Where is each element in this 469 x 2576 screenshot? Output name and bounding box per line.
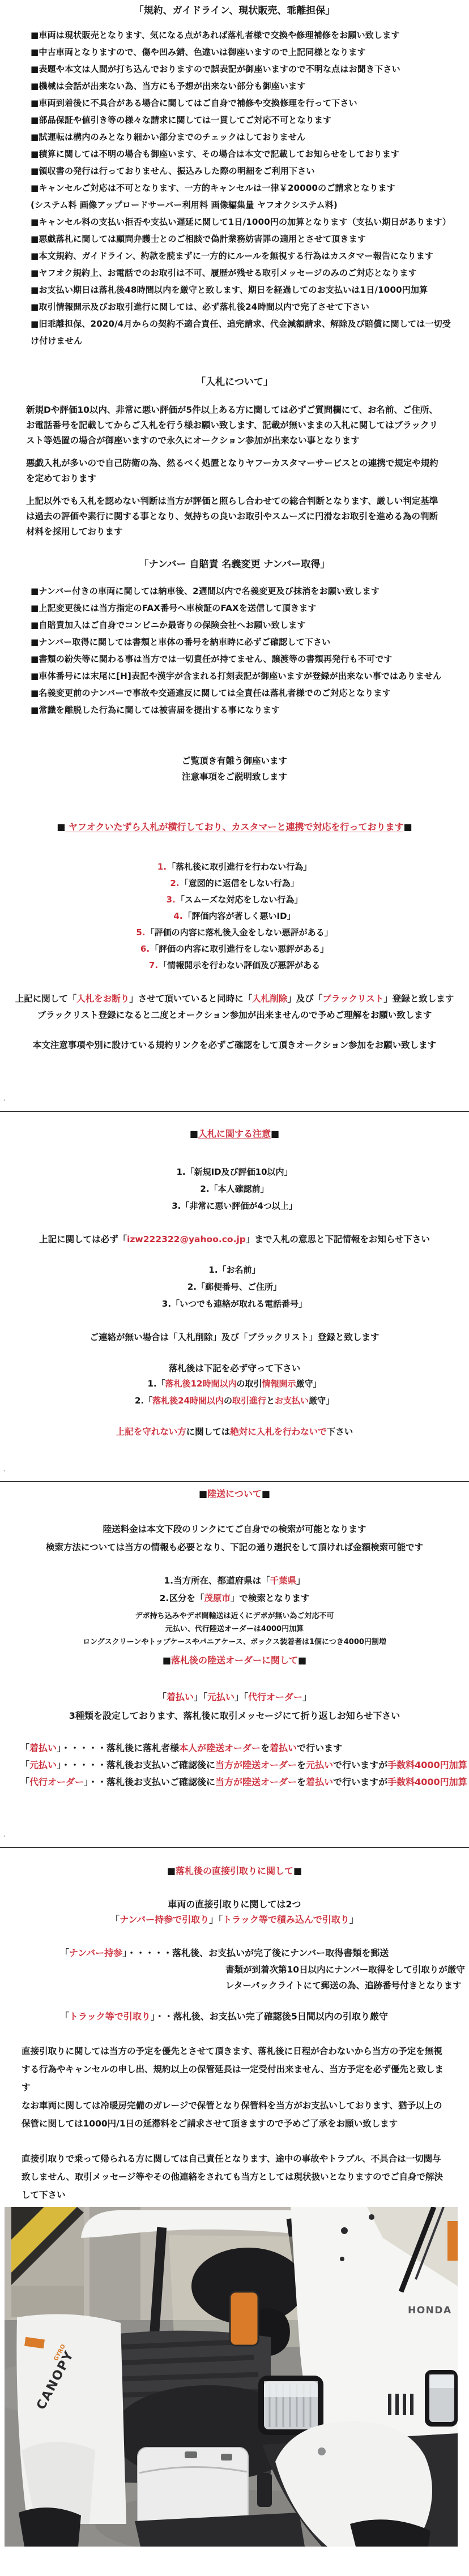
black-square-icon: ■ bbox=[404, 821, 412, 832]
violation-item: 6.「評価の内容に取引進行をしない悪評がある」 bbox=[0, 941, 469, 957]
pickup-paragraph: 直接引取りで乗って帰られる方に関しては自己責任となります、途中の事故やトラブル、… bbox=[22, 2150, 447, 2204]
bidding-section: 「入札について」 新規Dや評価10以内、非常に悪い評価が5件以上ある方に関しては… bbox=[0, 374, 469, 547]
terms-rule-item: ■お支払い期日は落札後48時間以内を厳守と致します、期日を経過してのお支払いは1… bbox=[31, 281, 454, 298]
terms-rule-item: ■部品保証や値引き等の様々な請求に関しては一貫してご対応不可となります bbox=[31, 112, 454, 129]
violation-item: 2.「意図的に返信をしない行為」 bbox=[0, 875, 469, 892]
section-divider bbox=[0, 1481, 469, 1482]
terms-rule-item: ■機械は会話が出来ない為、当方にも予想が出来ない部分も御座います bbox=[31, 78, 454, 95]
headlight-left bbox=[258, 2376, 323, 2435]
blacklist-line2: ブラックリスト登録になると二度とオークション参加が出来ませんので予めご理解をお願… bbox=[0, 1007, 469, 1024]
violation-item: 3.「スムーズな対応をしない行為」 bbox=[0, 892, 469, 908]
info-item: 2.「郵便番号、ご住所」 bbox=[0, 1278, 469, 1295]
black-square-icon: ■ bbox=[298, 1655, 306, 1666]
order-types-line: 「着払い」「元払い」「代行オーダー」 bbox=[0, 1689, 469, 1705]
terms-rule-item: ■領収書の発行は行っておりません、振込みした際の明細をご利用下さい bbox=[31, 162, 454, 179]
black-square-icon: ■ bbox=[262, 1488, 270, 1499]
order-def-line: 「着払い」・・・・・落札後に落札者様本人が陸送オーダーを着払いで行います bbox=[20, 1740, 469, 1757]
bidding-paragraphs: 新規Dや評価10以内、非常に悪い評価が5件以上ある方に関しては必ずご質問欄にて、… bbox=[0, 403, 469, 540]
rear-tire bbox=[19, 2507, 81, 2547]
terms-rule-item: ■表題や本文は人間が打ち込んでおりますので誤表記が御座いますので不明な点はお聞き… bbox=[31, 61, 454, 78]
confirm-line: 本文注意事項や別に設けている規約リンクを必ずご確認をして頂きオークション参加をお… bbox=[0, 1038, 469, 1051]
plate-section: 「ナンバー 自賠責 名義変更 ナンバー取得」 ■ナンバー付きの車両に関しては納車… bbox=[0, 556, 469, 718]
plate-rule-item: ■ナンバー取得に関しては書類と車体の番号を納車時に必ずご確認して下さい bbox=[31, 634, 454, 651]
black-square-icon: ■ bbox=[163, 1655, 171, 1666]
bid-caution-heading: ■入札に関する注意■ bbox=[0, 1127, 469, 1140]
violation-item: 7.「情報開示を行わない評価及び悪評がある bbox=[0, 957, 469, 974]
pickup-defs: 「ナンバー持参」・・・・・落札後、お支払いが完了後にナンバー取得書類を郵送 書類… bbox=[0, 1945, 469, 2025]
terms-rule-item: ■ヤフオク規約上、お電話でのお取引は不可、履歴が残せる取引メッセージのみのご対応… bbox=[31, 264, 454, 281]
pickup-paragraph: 直接引取りに関しては当方の予定を優先とさせて頂きます、落札後に日程が合わないから… bbox=[22, 2042, 447, 2096]
terms-rule-item: ■悪戯落札に関しては顧問弁護士とのご相談で偽計業務妨害罪の適用とさせて頂きます bbox=[31, 230, 454, 247]
step-peg bbox=[257, 2473, 272, 2507]
after-rule-item: 1.「落札後12時間以内の取引情報開示厳守」 bbox=[0, 1375, 469, 1392]
terms-rule-item: ■車両到着後に不具合がある場合に関してはご自身で補修や交換修理を行って下さい bbox=[31, 95, 454, 112]
terms-rule-item: ■中古車両となりますので、傷や凹み錆、色違いは御座いますので上記同様となります bbox=[31, 44, 454, 61]
shipping-note: デポ持ち込みやデポ間輸送は近くにデポが無い為ご対応不可 bbox=[0, 1610, 469, 1623]
terms-title: 「規約、ガイドライン、現状販売、乖離担保」 bbox=[0, 2, 469, 16]
after-win-line: 落札後は下記を必ず守って下さい bbox=[0, 1362, 469, 1374]
terms-rule-item: (システム料 画像アップロードサーバー利用料 画像編集量 ヤフオクシステム料) bbox=[31, 196, 454, 213]
bid-caution-section: ■入札に関する注意■ 1.「新規ID及び評価10以内」2.「本人確認前」3.「非… bbox=[0, 1127, 469, 1440]
violation-item: 5.「評価の内容に落札後入金をしない悪評がある」 bbox=[0, 925, 469, 941]
pickup-def1: 「ナンバー持参」・・・・・落札後、お支払いが完了後にナンバー取得書類を郵送 bbox=[60, 1945, 469, 1962]
section-divider bbox=[0, 1847, 469, 1848]
shipping-order-section: ■落札後の陸送オーダーに関して■ 「着払い」「元払い」「代行オーダー」 3種類を… bbox=[0, 1653, 469, 1791]
shipping-step1: 1.当方所在、都道府県は「千葉県」 bbox=[0, 1572, 469, 1590]
plate-rule-item: ■自賠責加入はご自身でコンビニか最寄りの保険会社へお願い致します bbox=[31, 617, 454, 634]
pickup-paragraphs: 直接引取りに関しては当方の予定を優先とさせて頂きます、落札後に日程が合わないから… bbox=[0, 2042, 469, 2204]
terms-rule-item: ■本文規約、ガイドライン、約款を読まずに一方的にルールを無視する行為はカスタマー… bbox=[31, 247, 454, 264]
mischief-banner-text: ヤフオクいたずら入札が横行しており、カスタマーと連携で対応を行っております bbox=[65, 821, 403, 832]
terms-rule-item: ■旧乖離担保、2020/4月からの契約不適合責任、追完請求、代金減額請求、解除及… bbox=[31, 315, 454, 349]
shipping-section: ■陸送について■ 陸送料金は本文下段のリンクにてご自身での検索が可能となります … bbox=[0, 1487, 469, 1649]
vehicle-photo: CANOPY GYRO bbox=[5, 2207, 458, 2547]
order-def-line: 「代行オーダー」・・落札後お支払いご確認後に当方が陸送オーダーを着払いで行います… bbox=[20, 1774, 469, 1791]
black-square-icon: ■ bbox=[167, 1865, 176, 1876]
terms-list: ■車両は現状販売となります、気になる点があれば落札者様で交換や修理補修をお願い致… bbox=[0, 27, 469, 349]
terms-section: 「規約、ガイドライン、現状販売、乖離担保」 ■車両は現状販売となります、気になる… bbox=[0, 2, 469, 349]
pickup-section: ■落札後の直接引取りに関して■ 車両の直接引取りに関しては2つ 「ナンバー持参で… bbox=[0, 1864, 469, 2204]
plate-rule-item: ■ナンバー付きの車両に関しては納車後、2週間以内で名義変更及び抹消をお願い致しま… bbox=[31, 583, 454, 600]
black-square-icon: ■ bbox=[57, 821, 65, 832]
terms-rule-item: ■キャンセルご対応は不可となります、一方的キャンセルは一律￥20000のご請求と… bbox=[31, 179, 454, 196]
section-divider bbox=[0, 1111, 469, 1112]
stray-mark: ' bbox=[3, 1469, 5, 1476]
hazard-pillar bbox=[11, 2207, 84, 2317]
order-def-line: 「元払い」・・・・・落札後お支払いご確認後に当方が陸送オーダーを元払いで行います… bbox=[20, 1757, 469, 1774]
bidding-title: 「入札について」 bbox=[0, 374, 469, 388]
pickup-heading: ■落札後の直接引取りに関して■ bbox=[0, 1864, 469, 1877]
thanks-line: ご覧頂き有難う御座います bbox=[0, 753, 469, 769]
terms-rule-item: ■積算に関しては不明の場合も御座います、その場合は本文で記載してお知らせをしてお… bbox=[31, 146, 454, 162]
plate-rule-item: ■名義変更前のナンバーで事故や交通違反に関しては全責任は落札者様でのご対応となり… bbox=[31, 684, 454, 701]
notice-intro: ご覧頂き有難う御座います 注意事項をご説明致します bbox=[0, 753, 469, 785]
black-square-icon: ■ bbox=[293, 1865, 302, 1876]
info-items-list: 1.「お名前」2.「郵便番号、ご住所」3.「いつでも連絡が取れる電話番号」 bbox=[0, 1261, 469, 1312]
shipping-line2: 検索方法については当方の情報も必要となり、下記の通り選択をして頂ければ金額検索可… bbox=[0, 1541, 469, 1553]
no-contact-line: ご連絡が無い場合は「入札削除」及び「ブラックリスト」登録と致します bbox=[0, 1329, 469, 1346]
pickup-sub-line: レターパックライトにて郵送の為、追跡番号付きとなります bbox=[60, 1978, 469, 1993]
plate-rule-item: ■常識を離脱した行為に関しては被害届を提出する事になります bbox=[31, 701, 454, 718]
terms-rule-item: ■車両は現状販売となります、気になる点があれば落札者様で交換や修理補修をお願い致… bbox=[31, 27, 454, 44]
after-rule-item: 2.「落札後24時間以内の取引進行とお支払い厳守」 bbox=[0, 1392, 469, 1409]
terms-rule-item: ■試運転は構内のみとなり細かい部分までのチェックはしておりません bbox=[31, 129, 454, 146]
pickup-types-line: 「ナンバー持参で引取り」「トラック等で積み込んで引取り」 bbox=[0, 1911, 469, 1928]
violation-item: 1.「落札後に取引進行を行わない行為」 bbox=[0, 859, 469, 875]
turn-signal-left bbox=[230, 2292, 258, 2346]
shipping-heading: ■陸送について■ bbox=[0, 1487, 469, 1500]
conditions-list: 1.「新規ID及び評価10以内」2.「本人確認前」3.「非常に悪い評価が4つ以上… bbox=[0, 1163, 469, 1214]
terms-rule-item: ■キャンセル料の支払い拒否や支払い遅延に関して1日/1000円の加算となります（… bbox=[31, 213, 454, 230]
pickup-def2: 「トラック等で引取り」・・落札後、お支払い完了確認後5日間以内の引取り厳守 bbox=[60, 2008, 469, 2025]
info-item: 1.「お名前」 bbox=[0, 1261, 469, 1278]
contact-line: 上記に関しては必ず「izw222322@yahoo.co.jp」まで入札の意思と… bbox=[0, 1231, 469, 1248]
plate-rule-item: ■車体番号には末尾に[H]表記や漢字が含まれる打刻表記が御座いますが登録が出来な… bbox=[31, 667, 454, 684]
bidding-paragraph: 悪戯入札が多いので自己防衛の為、然るべく処置となりヤフーカスタマーサービスとの連… bbox=[26, 456, 443, 486]
shipping-note: 元払い、代行陸送オーダーは4000円加算 bbox=[0, 1623, 469, 1636]
violations-list: 1.「落札後に取引進行を行わない行為」2.「意図的に返信をしない行為」3.「スム… bbox=[0, 859, 469, 974]
bid-warning-line: 上記を守れない方に関しては絶対に入札を行わないで下さい bbox=[0, 1424, 469, 1440]
plate-rule-item: ■上記変更後には当方指定のFAX番号へ車検証のFAXを送信して頂きます bbox=[31, 600, 454, 617]
plate-rule-item: ■書類の紛失等に関わる事は当方では一切責任が持てません、譲渡等の書類再発行も不可… bbox=[31, 651, 454, 667]
condition-item: 2.「本人確認前」 bbox=[0, 1180, 469, 1197]
shipping-line1: 陸送料金は本文下段のリンクにてご自身での検索が可能となります bbox=[0, 1522, 469, 1535]
plate-title: 「ナンバー 自賠責 名義変更 ナンバー取得」 bbox=[0, 556, 469, 570]
auction-description-page: 「規約、ガイドライン、現状販売、乖離担保」 ■車両は現状販売となります、気になる… bbox=[0, 0, 469, 2576]
stray-mark: ' bbox=[3, 1098, 5, 1106]
terms-rule-item: ■取引情報開示及びお取引進行に関しては、必ず落札後24時間以内で完了させて下さい bbox=[31, 298, 454, 315]
pickup-line1: 車両の直接引取りに関しては2つ bbox=[0, 1897, 469, 1910]
blacklist-line: 上記に関して「入札をお断り」させて頂いていると同時に「入札削除」及び「ブラックリ… bbox=[0, 991, 469, 1007]
black-square-icon: ■ bbox=[190, 1128, 198, 1139]
honda-logo-text: HONDA bbox=[408, 2305, 452, 2316]
bidding-paragraph: 上記以外でも入札を認めない判断は当方が評価と照らし合わせての総合判断となります、… bbox=[26, 494, 443, 540]
pickup-paragraph: なお車両に関しては冷暖房完備のガレージで保管となり保管料を当方がお支払いしており… bbox=[22, 2096, 447, 2133]
condition-item: 3.「非常に悪い評価が4つ以上」 bbox=[0, 1197, 469, 1214]
shipping-notes: デポ持ち込みやデポ間輸送は近くにデポが無い為ご対応不可元払い、代行陸送オーダーは… bbox=[0, 1610, 469, 1649]
shipping-note: ロングスクリーンやトップケースやパニアケース、ボックス装着者は1個につき4000… bbox=[0, 1636, 469, 1649]
shipping-order-heading: ■落札後の陸送オーダーに関して■ bbox=[0, 1653, 469, 1666]
black-square-icon: ■ bbox=[271, 1128, 279, 1139]
plate-list: ■ナンバー付きの車両に関しては納車後、2週間以内で名義変更及び抹消をお願い致しま… bbox=[0, 583, 469, 718]
pickup-def1-sub: 書類が到着次第10日以内にナンバー取得をして引取りが厳守レターパックライトにて郵… bbox=[60, 1962, 469, 1993]
violation-item: 4.「評価内容が著しく悪いID」 bbox=[0, 908, 469, 925]
fender-bolt bbox=[318, 2447, 326, 2455]
mischief-banner: ■ ヤフオクいたずら入札が横行しており、カスタマーと連携で対応を行っております■ bbox=[0, 820, 469, 833]
order-defs: 「着払い」・・・・・落札後に落札者様本人が陸送オーダーを着払いで行います「元払い… bbox=[0, 1740, 469, 1791]
after-rules-list: 1.「落札後12時間以内の取引情報開示厳守」2.「落札後24時間以内の取引進行と… bbox=[0, 1375, 469, 1409]
pickup-sub-line: 書類が到着次第10日以内にナンバー取得をして引取りが厳守 bbox=[60, 1962, 469, 1978]
intro-line: 注意事項をご説明致します bbox=[0, 769, 469, 785]
headlight-right bbox=[425, 2370, 458, 2427]
shipping-step2: 2.区分を「茂原市」で検索となります bbox=[0, 1590, 469, 1607]
mischief-section: ■ ヤフオクいたずら入札が横行しており、カスタマーと連携で対応を行っております■… bbox=[0, 820, 469, 1051]
black-square-icon: ■ bbox=[199, 1488, 207, 1499]
info-item: 3.「いつでも連絡が取れる電話番号」 bbox=[0, 1295, 469, 1312]
condition-item: 1.「新規ID及び評価10以内」 bbox=[0, 1163, 469, 1180]
bidding-paragraph: 新規Dや評価10以内、非常に悪い評価が5件以上ある方に関しては必ずご質問欄にて、… bbox=[26, 403, 443, 448]
stray-mark: ' bbox=[3, 1834, 5, 1842]
order-types-desc: 3種類を設定しております、落札後に取引メッセージにて折り返しお知らせ下さい bbox=[0, 1709, 469, 1722]
turn-signal-right bbox=[447, 2221, 458, 2261]
screw bbox=[341, 2227, 348, 2234]
